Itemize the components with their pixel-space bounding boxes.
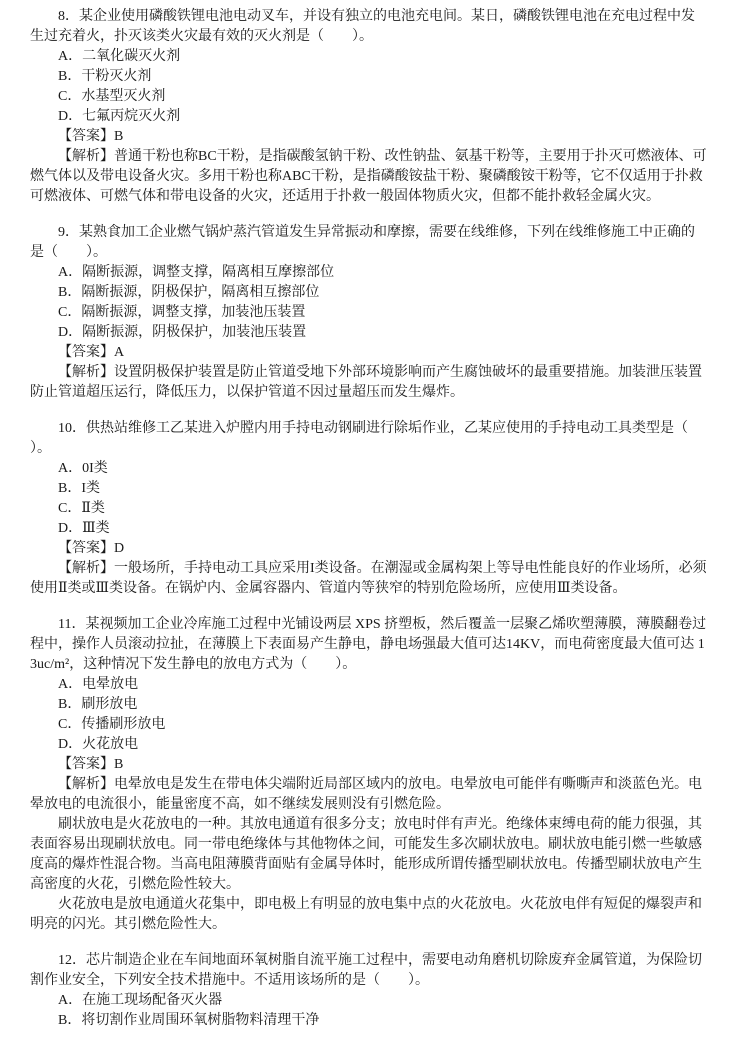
- question-12-option-a: A．在施工现场配备灭火器: [30, 991, 707, 1011]
- question-8-option-a: A．二氧化碳灭火剂: [30, 47, 707, 67]
- question-11-option-b: B．刷形放电: [30, 695, 707, 715]
- question-9: 9．某熟食加工企业燃气锅炉蒸汽管道发生异常振动和摩擦，需要在线维修，下列在线维修…: [30, 223, 707, 403]
- question-11: 11．某视频加工企业冷库施工过程中光铺设两层 XPS 挤塑板，然后覆盖一层聚乙烯…: [30, 615, 707, 935]
- question-8-option-c: C．水基型灭火剂: [30, 87, 707, 107]
- question-8-stem: 8．某企业使用磷酸铁锂电池电动叉车，并设有独立的电池充电间。某日，磷酸铁锂电池在…: [30, 7, 707, 47]
- question-9-option-a: A．隔断振源，调整支撑，隔离相互摩擦部位: [30, 263, 707, 283]
- question-10-option-a: A．0I类: [30, 459, 707, 479]
- question-12: 12．芯片制造企业在车间地面环氧树脂自流平施工过程中，需要电动角磨机切除废弃金属…: [30, 951, 707, 1031]
- question-10: 10．供热站维修工乙某进入炉膛内用手持电动钢刷进行除垢作业，乙某应使用的手持电动…: [30, 419, 707, 599]
- question-8-answer: 【答案】B: [30, 127, 707, 147]
- question-10-option-d: D．Ⅲ类: [30, 519, 707, 539]
- question-10-analysis: 【解析】一般场所，手持电动工具应采用I类设备。在潮湿或金属构架上等导电性能良好的…: [30, 559, 707, 599]
- question-10-option-b: B．I类: [30, 479, 707, 499]
- question-11-analysis-2: 刷状放电是火花放电的一种。其放电通道有很多分支；放电时伴有声光。绝缘体束缚电荷的…: [30, 815, 707, 895]
- question-9-option-d: D．隔断振源，阴极保护，加装池压装置: [30, 323, 707, 343]
- question-11-answer: 【答案】B: [30, 755, 707, 775]
- question-11-option-c: C．传播刷形放电: [30, 715, 707, 735]
- question-9-answer: 【答案】A: [30, 343, 707, 363]
- document-page: 8．某企业使用磷酸铁锂电池电动叉车，并设有独立的电池充电间。某日，磷酸铁锂电池在…: [0, 0, 733, 1058]
- question-9-analysis: 【解析】设置阴极保护装置是防止管道受地下外部环境影响而产生腐蚀破坏的最重要措施。…: [30, 363, 707, 403]
- question-11-analysis-3: 火花放电是放电通道火花集中，即电极上有明显的放电集中点的火花放电。火花放电伴有短…: [30, 895, 707, 935]
- question-10-answer: 【答案】D: [30, 539, 707, 559]
- question-10-option-c: C．Ⅱ类: [30, 499, 707, 519]
- question-9-option-b: B．隔断振源，阴极保护，隔离相互擦部位: [30, 283, 707, 303]
- question-8-option-b: B．干粉灭火剂: [30, 67, 707, 87]
- question-9-stem: 9．某熟食加工企业燃气锅炉蒸汽管道发生异常振动和摩擦，需要在线维修，下列在线维修…: [30, 223, 707, 263]
- question-9-option-c: C．隔断振源，调整支撑，加装池压装置: [30, 303, 707, 323]
- question-8: 8．某企业使用磷酸铁锂电池电动叉车，并设有独立的电池充电间。某日，磷酸铁锂电池在…: [30, 7, 707, 207]
- question-11-stem: 11．某视频加工企业冷库施工过程中光铺设两层 XPS 挤塑板，然后覆盖一层聚乙烯…: [30, 615, 707, 675]
- question-11-option-a: A．电晕放电: [30, 675, 707, 695]
- question-11-option-d: D．火花放电: [30, 735, 707, 755]
- question-12-stem: 12．芯片制造企业在车间地面环氧树脂自流平施工过程中，需要电动角磨机切除废弃金属…: [30, 951, 707, 991]
- question-8-option-d: D．七氟丙烷灭火剂: [30, 107, 707, 127]
- question-10-stem: 10．供热站维修工乙某进入炉膛内用手持电动钢刷进行除垢作业，乙某应使用的手持电动…: [30, 419, 707, 459]
- question-12-option-b: B．将切割作业周围环氧树脂物料清理干净: [30, 1011, 707, 1031]
- question-8-analysis: 【解析】普通干粉也称BC干粉，是指碳酸氢钠干粉、改性钠盐、氨基干粉等，主要用于扑…: [30, 147, 707, 207]
- question-11-analysis-1: 【解析】电晕放电是发生在带电体尖端附近局部区域内的放电。电晕放电可能伴有嘶嘶声和…: [30, 775, 707, 815]
